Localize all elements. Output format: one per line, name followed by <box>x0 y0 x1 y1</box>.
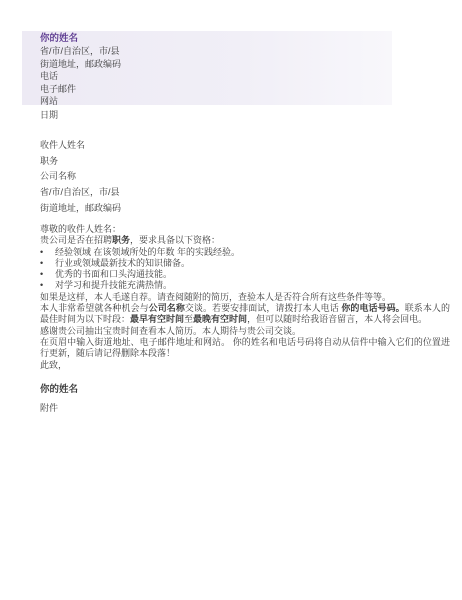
body-paragraph: 此致， <box>40 360 450 371</box>
sender-email: 电子邮件 <box>40 83 392 95</box>
bullet-icon: • <box>40 258 55 269</box>
recipient-company: 公司名称 <box>40 170 121 182</box>
bullet-text: 对学习和提升技能充满热情。 <box>55 280 450 291</box>
body-text-run: 本人非常希望就各种机会与 <box>40 303 149 313</box>
sender-phone: 电话 <box>40 70 392 82</box>
body-text-run: 尊敬的收件人姓名： <box>40 224 121 234</box>
bullet-item: •对学习和提升技能充满热情。 <box>40 280 450 291</box>
body-paragraph: 本人非常希望就各种机会与公司名称交谈。若要安排面试，请拨打本人电话 你的电话号码… <box>40 303 450 326</box>
bullet-text: 行业或领域最新技术的知识储备。 <box>55 258 450 269</box>
bullet-item: •行业或领域最新技术的知识储备。 <box>40 258 450 269</box>
bullet-item: •经验领域 在该领域所处的年数 年的实践经验。 <box>40 247 450 258</box>
enclosure-label: 附件 <box>40 402 58 414</box>
bullet-text: 经验领域 在该领域所处的年数 年的实践经验。 <box>55 247 450 258</box>
body-text-run: 行业或领域最新技术的知识储备。 <box>55 258 190 268</box>
body-paragraph: 尊敬的收件人姓名： <box>40 224 450 235</box>
cover-letter-page: 你的姓名 省/市/自治区，市/县 街道地址，邮政编码 电话 电子邮件 网站 日期… <box>0 0 462 600</box>
bullet-icon: • <box>40 280 55 291</box>
body-paragraph: 在页眉中输入街道地址、电子邮件地址和网站。 你的姓名和电话号码将自动从信件中输入… <box>40 337 450 360</box>
placeholder-field: 最晚有空时间 <box>193 314 247 324</box>
placeholder-field: 公司名称 <box>149 303 185 313</box>
body-paragraph: 如果是这样，本人毛遂自荐。请查阅随附的简历，查验本人是否符合所有这些条件等等。 <box>40 292 450 303</box>
body-text-run: 对学习和提升技能充满热情。 <box>55 280 172 290</box>
body-text-run: 如果是这样，本人毛遂自荐。请查阅随附的简历，查验本人是否符合所有这些条件等等。 <box>40 292 391 302</box>
bullet-text: 优秀的书面和口头沟通技能。 <box>55 269 450 280</box>
recipient-street-address: 街道地址，邮政编码 <box>40 202 121 214</box>
recipient-block: 收件人姓名 职务 公司名称 省/市/自治区，市/县 街道地址，邮政编码 <box>40 139 121 217</box>
sender-name: 你的姓名 <box>40 33 392 45</box>
date-line: 日期 <box>40 109 58 121</box>
letter-header: 你的姓名 省/市/自治区，市/县 街道地址，邮政编码 电话 电子邮件 网站 <box>22 31 392 105</box>
body-text-run: 在页眉中输入街道地址、电子邮件地址和网站。 你的姓名和电话号码将自动从信件中输入… <box>40 337 450 358</box>
sender-region: 省/市/自治区，市/县 <box>40 45 392 57</box>
body-text-run: 此致， <box>40 360 67 370</box>
recipient-name: 收件人姓名 <box>40 139 121 151</box>
body-text-run: 经验领域 在该领域所处的年数 年的实践经验。 <box>55 247 240 257</box>
body-text-run: 贵公司是否在招聘 <box>40 235 112 245</box>
body-paragraph: 贵公司是否在招聘职务，要求具备以下资格： <box>40 235 450 246</box>
body-paragraph: 感谢贵公司抽出宝贵时间查看本人简历。本人期待与贵公司交谈。 <box>40 326 450 337</box>
body-text-run: 优秀的书面和口头沟通技能。 <box>55 269 172 279</box>
signature-name: 你的姓名 <box>40 384 78 396</box>
body-text-run: ，但可以随时给我语音留言，本人将会回电。 <box>247 314 427 324</box>
recipient-job-title: 职务 <box>40 155 121 167</box>
placeholder-field: 最早有空时间 <box>130 314 184 324</box>
sender-website: 网站 <box>40 95 392 107</box>
body-text-run: 感谢贵公司抽出宝贵时间查看本人简历。本人期待与贵公司交谈。 <box>40 326 301 336</box>
body-text-run: 至 <box>184 314 193 324</box>
bullet-icon: • <box>40 269 55 280</box>
recipient-region: 省/市/自治区，市/县 <box>40 186 121 198</box>
body-text-run: 交谈。若要安排面试，请拨打本人电话 <box>185 303 341 313</box>
placeholder-field: 职务 <box>112 235 130 245</box>
bullet-item: •优秀的书面和口头沟通技能。 <box>40 269 450 280</box>
bullet-icon: • <box>40 247 55 258</box>
body-text-run: ，要求具备以下资格： <box>130 235 220 245</box>
letter-body: 尊敬的收件人姓名：贵公司是否在招聘职务，要求具备以下资格：•经验领域 在该领域所… <box>40 224 450 371</box>
placeholder-field: 你的电话号码。 <box>341 303 404 313</box>
sender-street-address: 街道地址，邮政编码 <box>40 58 392 70</box>
